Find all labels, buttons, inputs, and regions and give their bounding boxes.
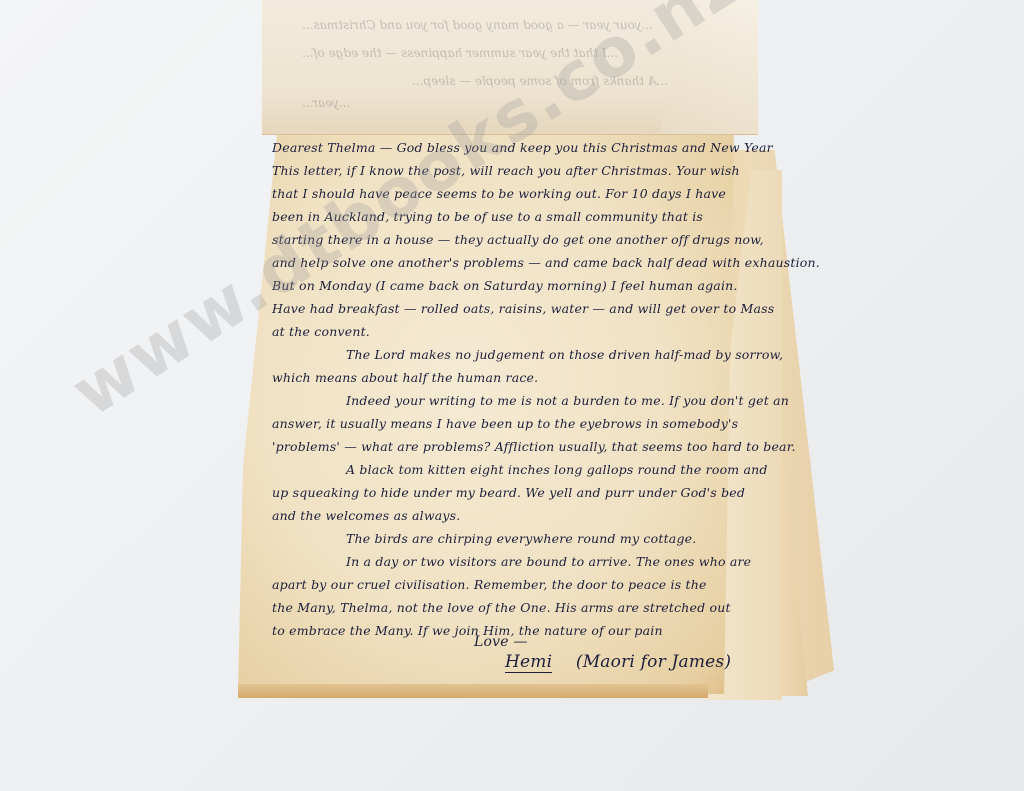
bleed-through-text: ...your year — a good many good for you … [302,18,653,32]
handwritten-line: up squeaking to hide under my beard. We … [272,485,745,500]
handwritten-line: been in Auckland, trying to be of use to… [272,209,703,224]
bleed-through-text: ...I that the year summer happiness — th… [302,46,618,60]
handwritten-line: Dearest Thelma — God bless you and keep … [272,140,773,155]
handwritten-line: at the convent. [272,324,370,339]
handwritten-line: The birds are chirping everywhere round … [346,531,696,546]
photo-scene: ...your year — a good many good for you … [0,0,1024,791]
bleed-through-text: ...year... [302,96,350,110]
handwritten-line: apart by our cruel civilisation. Remembe… [272,577,707,592]
handwritten-line: Indeed your writing to me is not a burde… [346,393,789,408]
handwritten-line: and help solve one another's problems — … [272,255,820,270]
handwritten-line: to embrace the Many. If we join Him, the… [272,623,663,638]
letter-closing: Love — [474,634,528,650]
page-fold [648,0,758,134]
turned-over-top-page: ...your year — a good many good for you … [262,0,758,135]
handwritten-line: that I should have peace seems to be wor… [272,186,726,201]
handwritten-line: the Many, Thelma, not the love of the On… [272,600,731,615]
handwritten-line: A black tom kitten eight inches long gal… [346,462,768,477]
handwritten-line: But on Monday (I came back on Saturday m… [272,278,738,293]
handwritten-line: and the welcomes as always. [272,508,460,523]
handwritten-line: starting there in a house — they actuall… [272,232,764,247]
signature-name: Hemi [505,652,552,673]
handwritten-line: This letter, if I know the post, will re… [272,163,740,178]
handwritten-line: which means about half the human race. [272,370,538,385]
handwritten-line: 'problems' — what are problems? Afflicti… [272,439,796,454]
handwritten-line: The Lord makes no judgement on those dri… [346,347,783,362]
handwritten-line: In a day or two visitors are bound to ar… [346,554,751,569]
signature-note: (Maori for James) [576,652,731,672]
bleed-through-text: ...A thanks from of some people — sleep.… [412,74,668,88]
handwritten-line: Have had breakfast — rolled oats, raisin… [272,301,774,316]
letter-bottom-edge [238,684,708,698]
handwritten-line: answer, it usually means I have been up … [272,416,738,431]
signature: Hemi (Maori for James) [505,652,731,672]
